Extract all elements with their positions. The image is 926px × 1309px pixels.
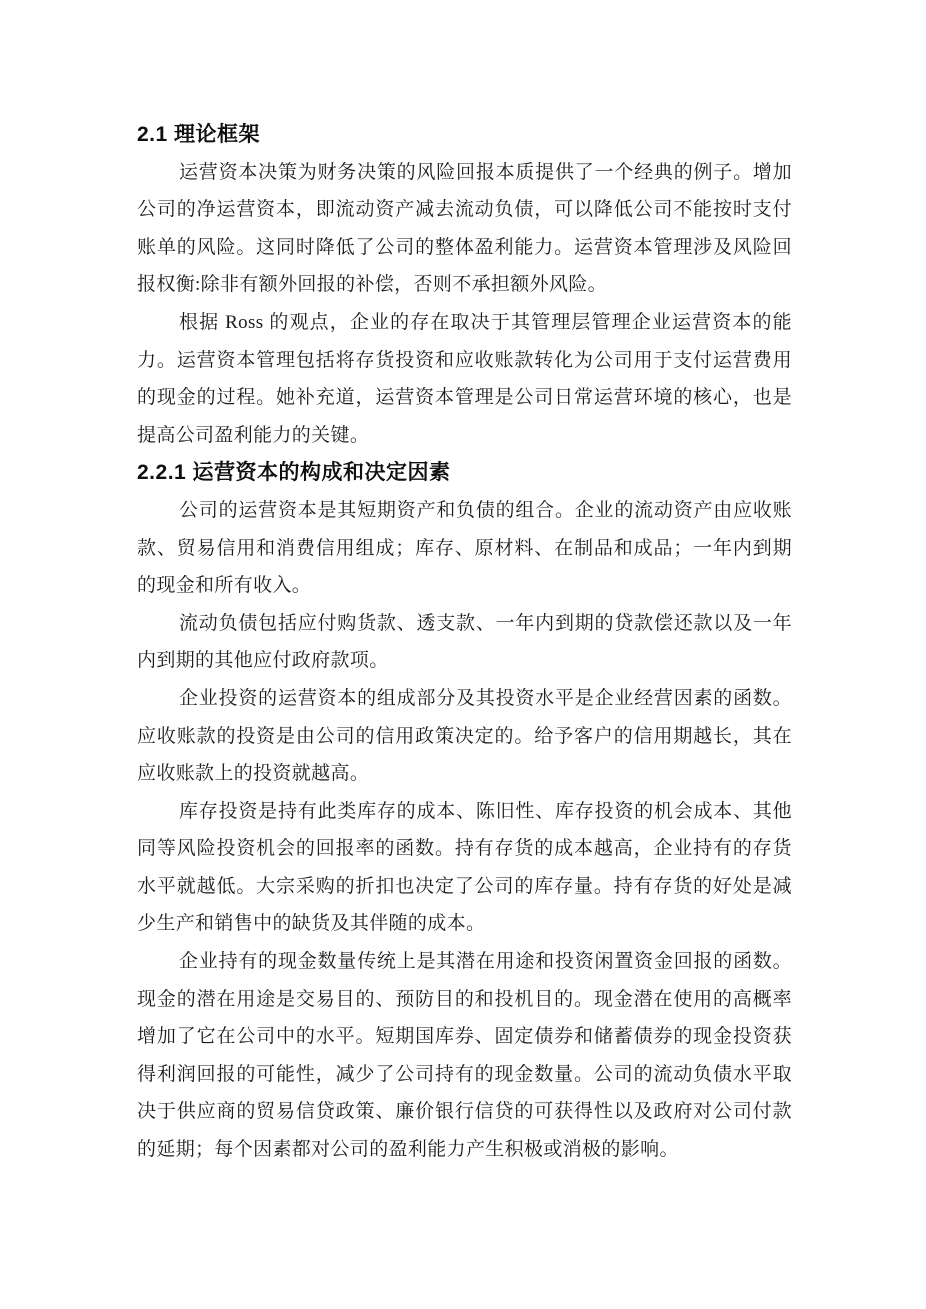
section-heading-theoretical-framework: 2.1 理论框架 [137, 116, 792, 154]
section-heading-working-capital-composition: 2.2.1 运营资本的构成和决定因素 [137, 454, 792, 492]
paragraph-current-liabilities: 流动负债包括应付购货款、透支款、一年内到期的贷款偿还款以及一年内到期的其他应付政… [137, 605, 792, 680]
paragraph-current-assets-composition: 公司的运营资本是其短期资产和负债的组合。企业的流动资产由应收账款、贸易信用和消费… [137, 492, 792, 605]
document-page: 2.1 理论框架 运营资本决策为财务决策的风险回报本质提供了一个经典的例子。增加… [0, 0, 926, 1309]
paragraph-ross-viewpoint: 根据 Ross 的观点，企业的存在取决于其管理层管理企业运营资本的能力。运营资本… [137, 304, 792, 454]
paragraph-investment-determinants: 企业投资的运营资本的组成部分及其投资水平是企业经营因素的函数。应收账款的投资是由… [137, 680, 792, 793]
paragraph-cash-holdings: 企业持有的现金数量传统上是其潜在用途和投资闲置资金回报的函数。现金的潜在用途是交… [137, 943, 792, 1169]
paragraph-risk-return-example: 运营资本决策为财务决策的风险回报本质提供了一个经典的例子。增加公司的净运营资本，… [137, 154, 792, 304]
document-body: 2.1 理论框架 运营资本决策为财务决策的风险回报本质提供了一个经典的例子。增加… [137, 116, 792, 1169]
paragraph-inventory-investment: 库存投资是持有此类库存的成本、陈旧性、库存投资的机会成本、其他同等风险投资机会的… [137, 793, 792, 943]
